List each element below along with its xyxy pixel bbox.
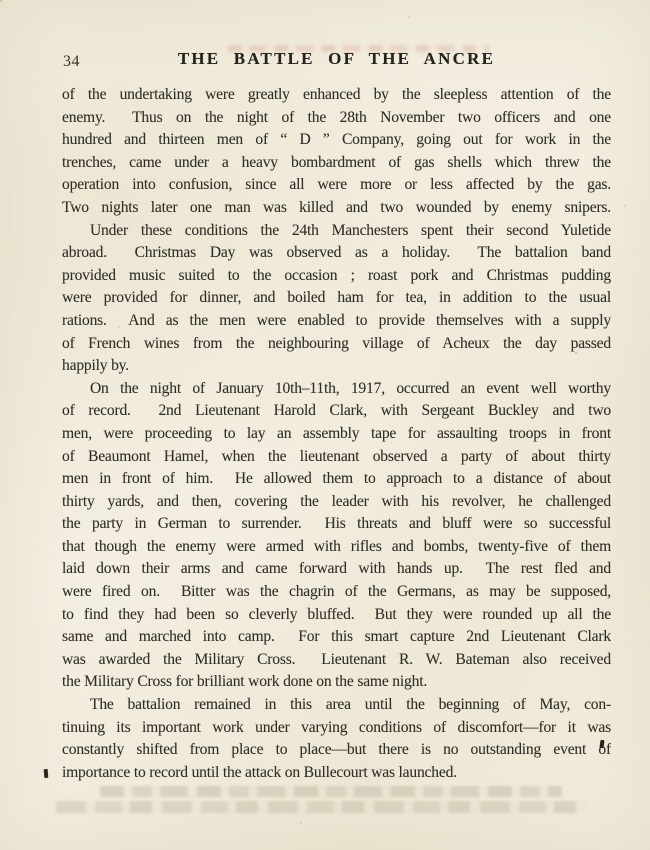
text-line: Under these conditions the 24th Manchest…	[62, 220, 611, 243]
paragraph: The battalion remained in this area unti…	[62, 694, 611, 784]
text-line: were provided for dinner, and boiled ham…	[62, 287, 611, 310]
text-line: importance to record until the attack on…	[62, 762, 611, 785]
text-line: rations. And as the men were enabled to …	[62, 310, 611, 333]
text-line: of French wines from the neighbouring vi…	[62, 333, 611, 356]
paragraph: On the night of January 10th–11th, 1917,…	[62, 378, 611, 694]
text-line: was awarded the Military Cross. Lieutena…	[62, 649, 611, 672]
show-through-text-smudge	[56, 801, 586, 813]
text-line: The battalion remained in this area unti…	[62, 694, 611, 717]
ink-speck	[44, 769, 49, 778]
text-line: abroad. Christmas Day was observed as a …	[62, 242, 611, 265]
scanned-book-page: 34 THE BATTLE OF THE ANCRE of the undert…	[0, 0, 650, 850]
text-line: hundred and thirteen men of “ D ” Compan…	[62, 129, 611, 152]
text-line: happily by.	[62, 355, 611, 378]
show-through-text-smudge	[100, 786, 562, 797]
paper-speckles	[0, 0, 2, 2]
text-line: of record. 2nd Lieutenant Harold Clark, …	[62, 400, 611, 423]
text-line: thirty yards, and then, covering the lea…	[62, 491, 611, 514]
text-line: laid down their arms and came forward wi…	[62, 558, 611, 581]
text-line: enemy. Thus on the night of the 28th Nov…	[62, 107, 611, 130]
text-line: constantly shifted from place to place—b…	[62, 739, 611, 762]
text-line: were fired on. Bitter was the chagrin of…	[62, 581, 611, 604]
text-line: to find they had been so cleverly bluffe…	[62, 604, 611, 627]
page-body: of the undertaking were greatly enhanced…	[62, 84, 611, 784]
text-line: men, were proceeding to lay an assembly …	[62, 423, 611, 446]
text-line: trenches, came under a heavy bombardment…	[62, 152, 611, 175]
text-line: the party in German to surrender. His th…	[62, 513, 611, 536]
text-line: men in front of him. He allowed them to …	[62, 468, 611, 491]
paragraph: of the undertaking were greatly enhanced…	[62, 84, 611, 220]
text-line: Two nights later one man was killed and …	[62, 197, 611, 220]
text-line: On the night of January 10th–11th, 1917,…	[62, 378, 611, 401]
text-line: tinuing its important work under varying…	[62, 717, 611, 740]
page-title: THE BATTLE OF THE ANCRE	[62, 49, 611, 69]
text-line: the Military Cross for brilliant work do…	[62, 671, 611, 694]
page-header: 34 THE BATTLE OF THE ANCRE	[62, 49, 611, 73]
text-line: provided music suited to the occasion ; …	[62, 265, 611, 288]
paragraph: Under these conditions the 24th Manchest…	[62, 220, 611, 378]
text-line: operation into confusion, since all were…	[62, 174, 611, 197]
text-line: of the undertaking were greatly enhanced…	[62, 84, 611, 107]
page-number: 34	[63, 53, 80, 71]
text-line: that though the enemy were armed with ri…	[62, 536, 611, 559]
text-line: of Beaumont Hamel, when the lieutenant o…	[62, 446, 611, 469]
text-line: same and marched into camp. For this sma…	[62, 626, 611, 649]
